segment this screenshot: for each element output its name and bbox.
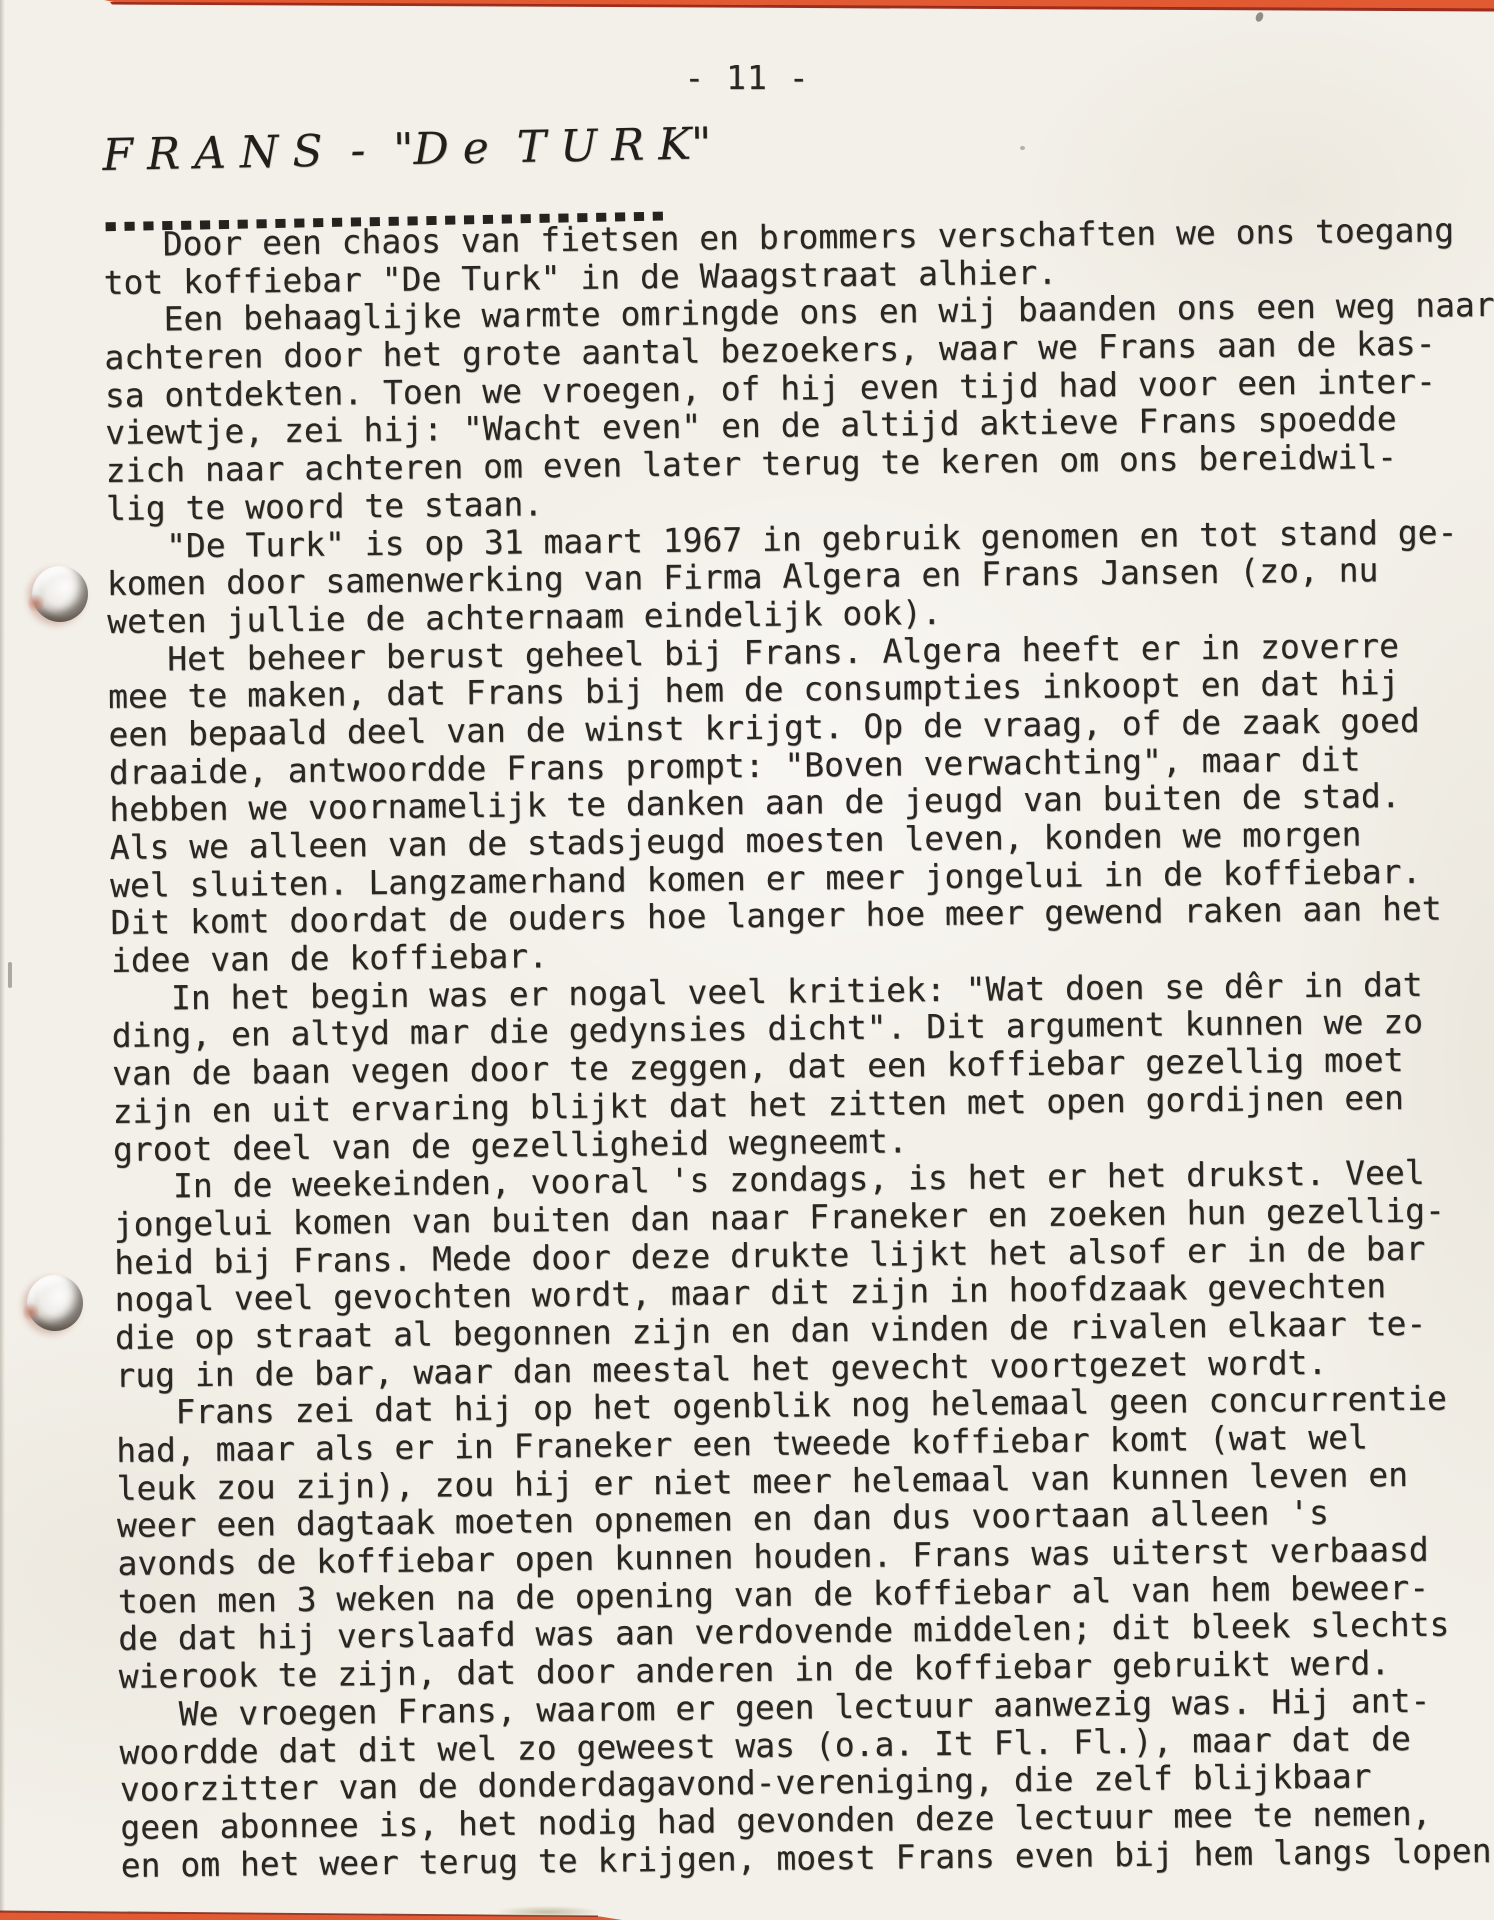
top-edge-bar [0,0,1494,14]
document-title: F R A N S - "D e T U R K" [102,118,712,181]
hole-punch-top [32,566,88,622]
bottom-edge-bar [0,1908,1494,1920]
scanned-document-page: - 11 - F R A N S - "D e T U R K" -------… [0,0,1494,1920]
typewritten-text: Door een chaos van fietsen en brommers v… [103,211,1494,1885]
scan-speck [8,962,12,988]
hole-punch-bottom [27,1275,83,1331]
scan-speck [1020,146,1025,150]
scan-smudge [498,1906,598,1918]
page-number: - 11 - [0,58,1494,97]
